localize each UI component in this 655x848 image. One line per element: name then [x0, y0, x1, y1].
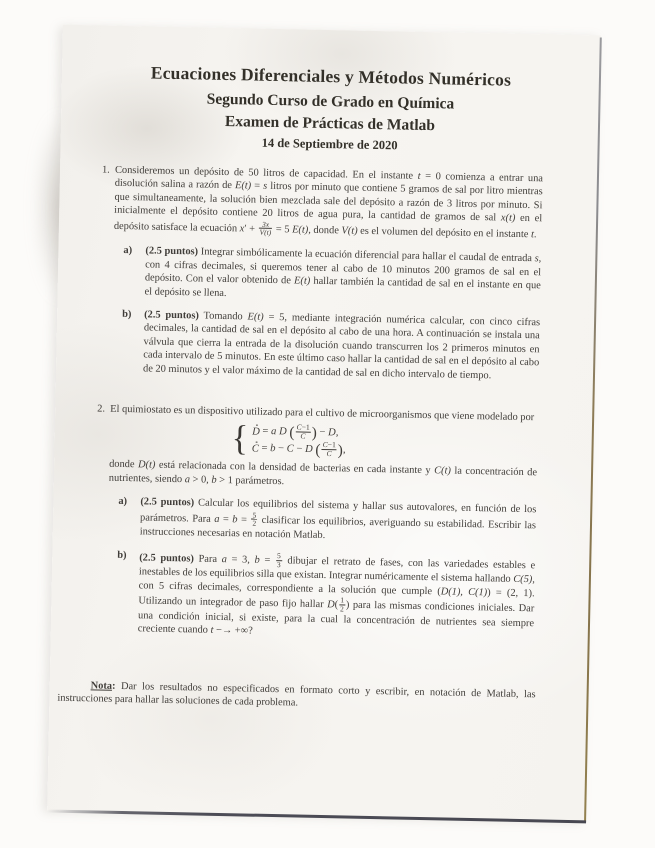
nota-paragraph: Nota: Dar los resultados no especificado…	[57, 678, 535, 715]
problem-2-item-a: a) (2.5 puntos) Calcular los equilibrios…	[118, 495, 537, 547]
ode-equation-1: D = a D (C−1C) − D,	[252, 423, 346, 442]
exam-header: Ecuaciones Diferenciales y Métodos Numér…	[60, 25, 600, 158]
system-brace: {	[231, 422, 248, 458]
item-a-label: a)	[118, 495, 141, 539]
exam-paper-page: Ecuaciones Diferenciales y Métodos Numér…	[47, 25, 601, 822]
problem-1-item-b: b) (2.5 puntos) Tomando E(t) = 5, median…	[121, 308, 540, 383]
item-a-text: (2.5 puntos) Calcular los equilibrios de…	[140, 496, 537, 547]
problem-2-item-b: b) (2.5 puntos) Para a = 3, b = 53 dibuj…	[116, 549, 536, 644]
problem-2: 2. El quimiostato es un dispositivo util…	[93, 402, 539, 644]
problem-2-body: El quimiostato es un dispositivo utiliza…	[106, 403, 539, 644]
system-equations: D = a D (C−1C) − D, C = b − C − D (C−1C)…	[252, 423, 346, 459]
problem-2-explanation: donde D(t) está relacionada con la densi…	[109, 458, 537, 493]
photo-scene: Ecuaciones Diferenciales y Métodos Numér…	[0, 0, 655, 848]
item-b-label: b)	[121, 308, 144, 375]
item-b-label: b)	[116, 549, 140, 636]
problem-2-intro: El quimiostato es un dispositivo utiliza…	[110, 403, 538, 425]
ode-equation-2: C = b − C − D (C−1C),	[252, 440, 346, 459]
item-a-label: a)	[122, 244, 145, 298]
item-b-text: (2.5 puntos) Tomando E(t) = 5, mediante …	[143, 308, 540, 383]
ode-system: { D = a D (C−1C) − D, C = b − C − D (C−1…	[231, 423, 538, 463]
problem-1-intro: Consideremos un depósito de 50 litros de…	[114, 164, 543, 243]
exam-content: Ecuaciones Diferenciales y Métodos Numér…	[47, 25, 601, 822]
problem-1-body: Consideremos un depósito de 50 litros de…	[111, 164, 543, 384]
item-a-text: (2.5 puntos) Integrar simbólicamente la …	[144, 245, 541, 307]
exam-title: Ecuaciones Diferenciales y Métodos Numér…	[62, 61, 600, 93]
item-b-text: (2.5 puntos) Para a = 3, b = 53 dibujar …	[138, 549, 536, 644]
problem-1-item-a: a) (2.5 puntos) Integrar simbólicamente …	[122, 244, 541, 306]
problem-1: 1. Consideremos un depósito de 50 litros…	[98, 163, 543, 383]
